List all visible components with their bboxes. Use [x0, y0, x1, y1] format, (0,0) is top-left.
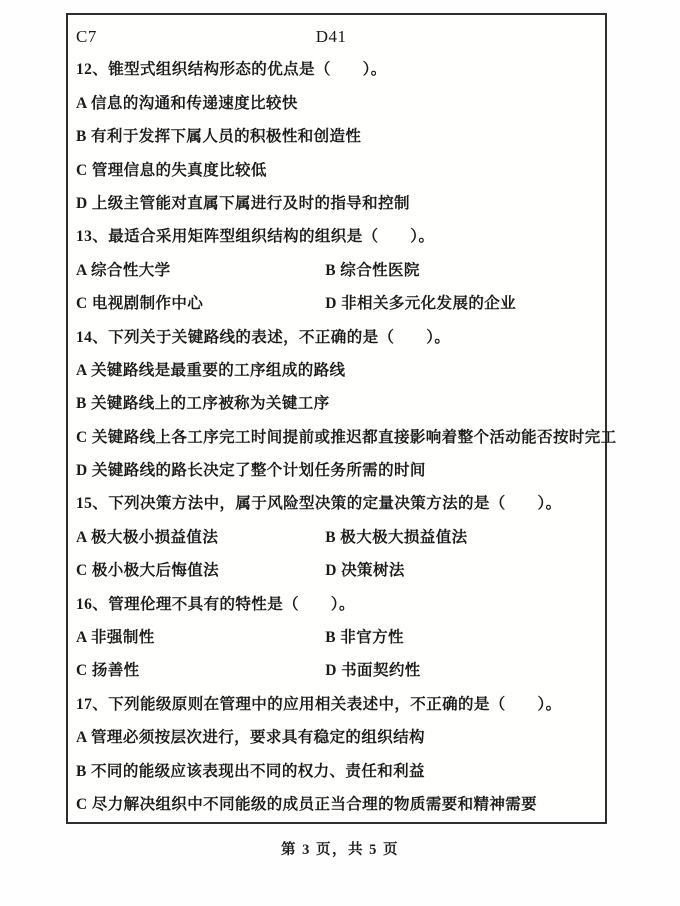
- question-17: 17、下列能级原则在管理中的应用相关表述中，不正确的是（ ）。 A 管理必须按层…: [76, 688, 599, 822]
- option-line: A 非强制性: [76, 621, 321, 654]
- header-code-right: D41: [316, 27, 347, 46]
- option-line: D 决策树法: [325, 554, 404, 587]
- option-line: C 关键路线上各工序完工时间提前或推迟都直接影响着整个活动能否按时完工: [76, 421, 599, 454]
- option-line: C 尽力解决组织中不同能级的成员正当合理的物质需要和精神需要: [76, 788, 599, 821]
- option-line: A 关键路线是最重要的工序组成的路线: [76, 354, 599, 387]
- option-line: D 书面契约性: [325, 654, 420, 687]
- option-line: B 综合性医院: [325, 254, 420, 287]
- option-line: C 电视剧制作中心: [76, 287, 321, 320]
- question-stem: 12、锥型式组织结构形态的优点是（ ）。: [76, 53, 599, 86]
- question-stem: 14、下列关于关键路线的表述，不正确的是（ ）。: [76, 321, 599, 354]
- question-13: 13、最适合采用矩阵型组织结构的组织是（ ）。 A 综合性大学 B 综合性医院 …: [76, 220, 599, 320]
- option-line: D 关键路线的路长决定了整个计划任务所需的时间: [76, 454, 599, 487]
- option-line: D 上级主管能对直属下属进行及时的指导和控制: [76, 187, 599, 220]
- page-header: C7 D41: [76, 20, 599, 53]
- option-line: B 极大极大损益值法: [325, 521, 467, 554]
- option-line: B 有利于发挥下属人员的积极性和创造性: [76, 120, 599, 153]
- question-stem: 17、下列能级原则在管理中的应用相关表述中，不正确的是（ ）。: [76, 688, 599, 721]
- option-row: C 极小极大后悔值法 D 决策树法: [76, 554, 599, 587]
- question-stem: 15、下列决策方法中，属于风险型决策的定量决策方法的是（ ）。: [76, 487, 599, 520]
- content-border-box: C7 D41 12、锥型式组织结构形态的优点是（ ）。 A 信息的沟通和传递速度…: [66, 13, 607, 824]
- option-row: A 非强制性 B 非官方性: [76, 621, 599, 654]
- option-line: B 不同的能级应该表现出不同的权力、责任和利益: [76, 755, 599, 788]
- option-row: A 极大极小损益值法 B 极大极大损益值法: [76, 521, 599, 554]
- option-line: A 信息的沟通和传递速度比较快: [76, 87, 599, 120]
- question-stem: 13、最适合采用矩阵型组织结构的组织是（ ）。: [76, 220, 599, 253]
- option-row: A 综合性大学 B 综合性医院: [76, 254, 599, 287]
- question-12: 12、锥型式组织结构形态的优点是（ ）。 A 信息的沟通和传递速度比较快 B 有…: [76, 53, 599, 220]
- question-stem: 16、管理伦理不具有的特性是（ ）。: [76, 588, 599, 621]
- option-line: B 关键路线上的工序被称为关键工序: [76, 387, 599, 420]
- option-line: A 极大极小损益值法: [76, 521, 321, 554]
- option-line: B 非官方性: [325, 621, 404, 654]
- option-line: C 管理信息的失真度比较低: [76, 154, 599, 187]
- option-line: D 非相关多元化发展的企业: [325, 287, 516, 320]
- scanned-exam-page: C7 D41 12、锥型式组织结构形态的优点是（ ）。 A 信息的沟通和传递速度…: [0, 0, 680, 906]
- option-row: C 扬善性 D 书面契约性: [76, 654, 599, 687]
- question-14: 14、下列关于关键路线的表述，不正确的是（ ）。 A 关键路线是最重要的工序组成…: [76, 321, 599, 488]
- option-row: C 电视剧制作中心 D 非相关多元化发展的企业: [76, 287, 599, 320]
- option-line: A 综合性大学: [76, 254, 321, 287]
- question-15: 15、下列决策方法中，属于风险型决策的定量决策方法的是（ ）。 A 极大极小损益…: [76, 487, 599, 587]
- option-line: A 管理必须按层次进行，要求具有稳定的组织结构: [76, 721, 599, 754]
- page-footer: 第 3 页，共 5 页: [0, 838, 680, 859]
- option-line: C 极小极大后悔值法: [76, 554, 321, 587]
- question-16: 16、管理伦理不具有的特性是（ ）。 A 非强制性 B 非官方性 C 扬善性 D…: [76, 588, 599, 688]
- header-code-left: C7: [76, 20, 311, 53]
- option-line: C 扬善性: [76, 654, 321, 687]
